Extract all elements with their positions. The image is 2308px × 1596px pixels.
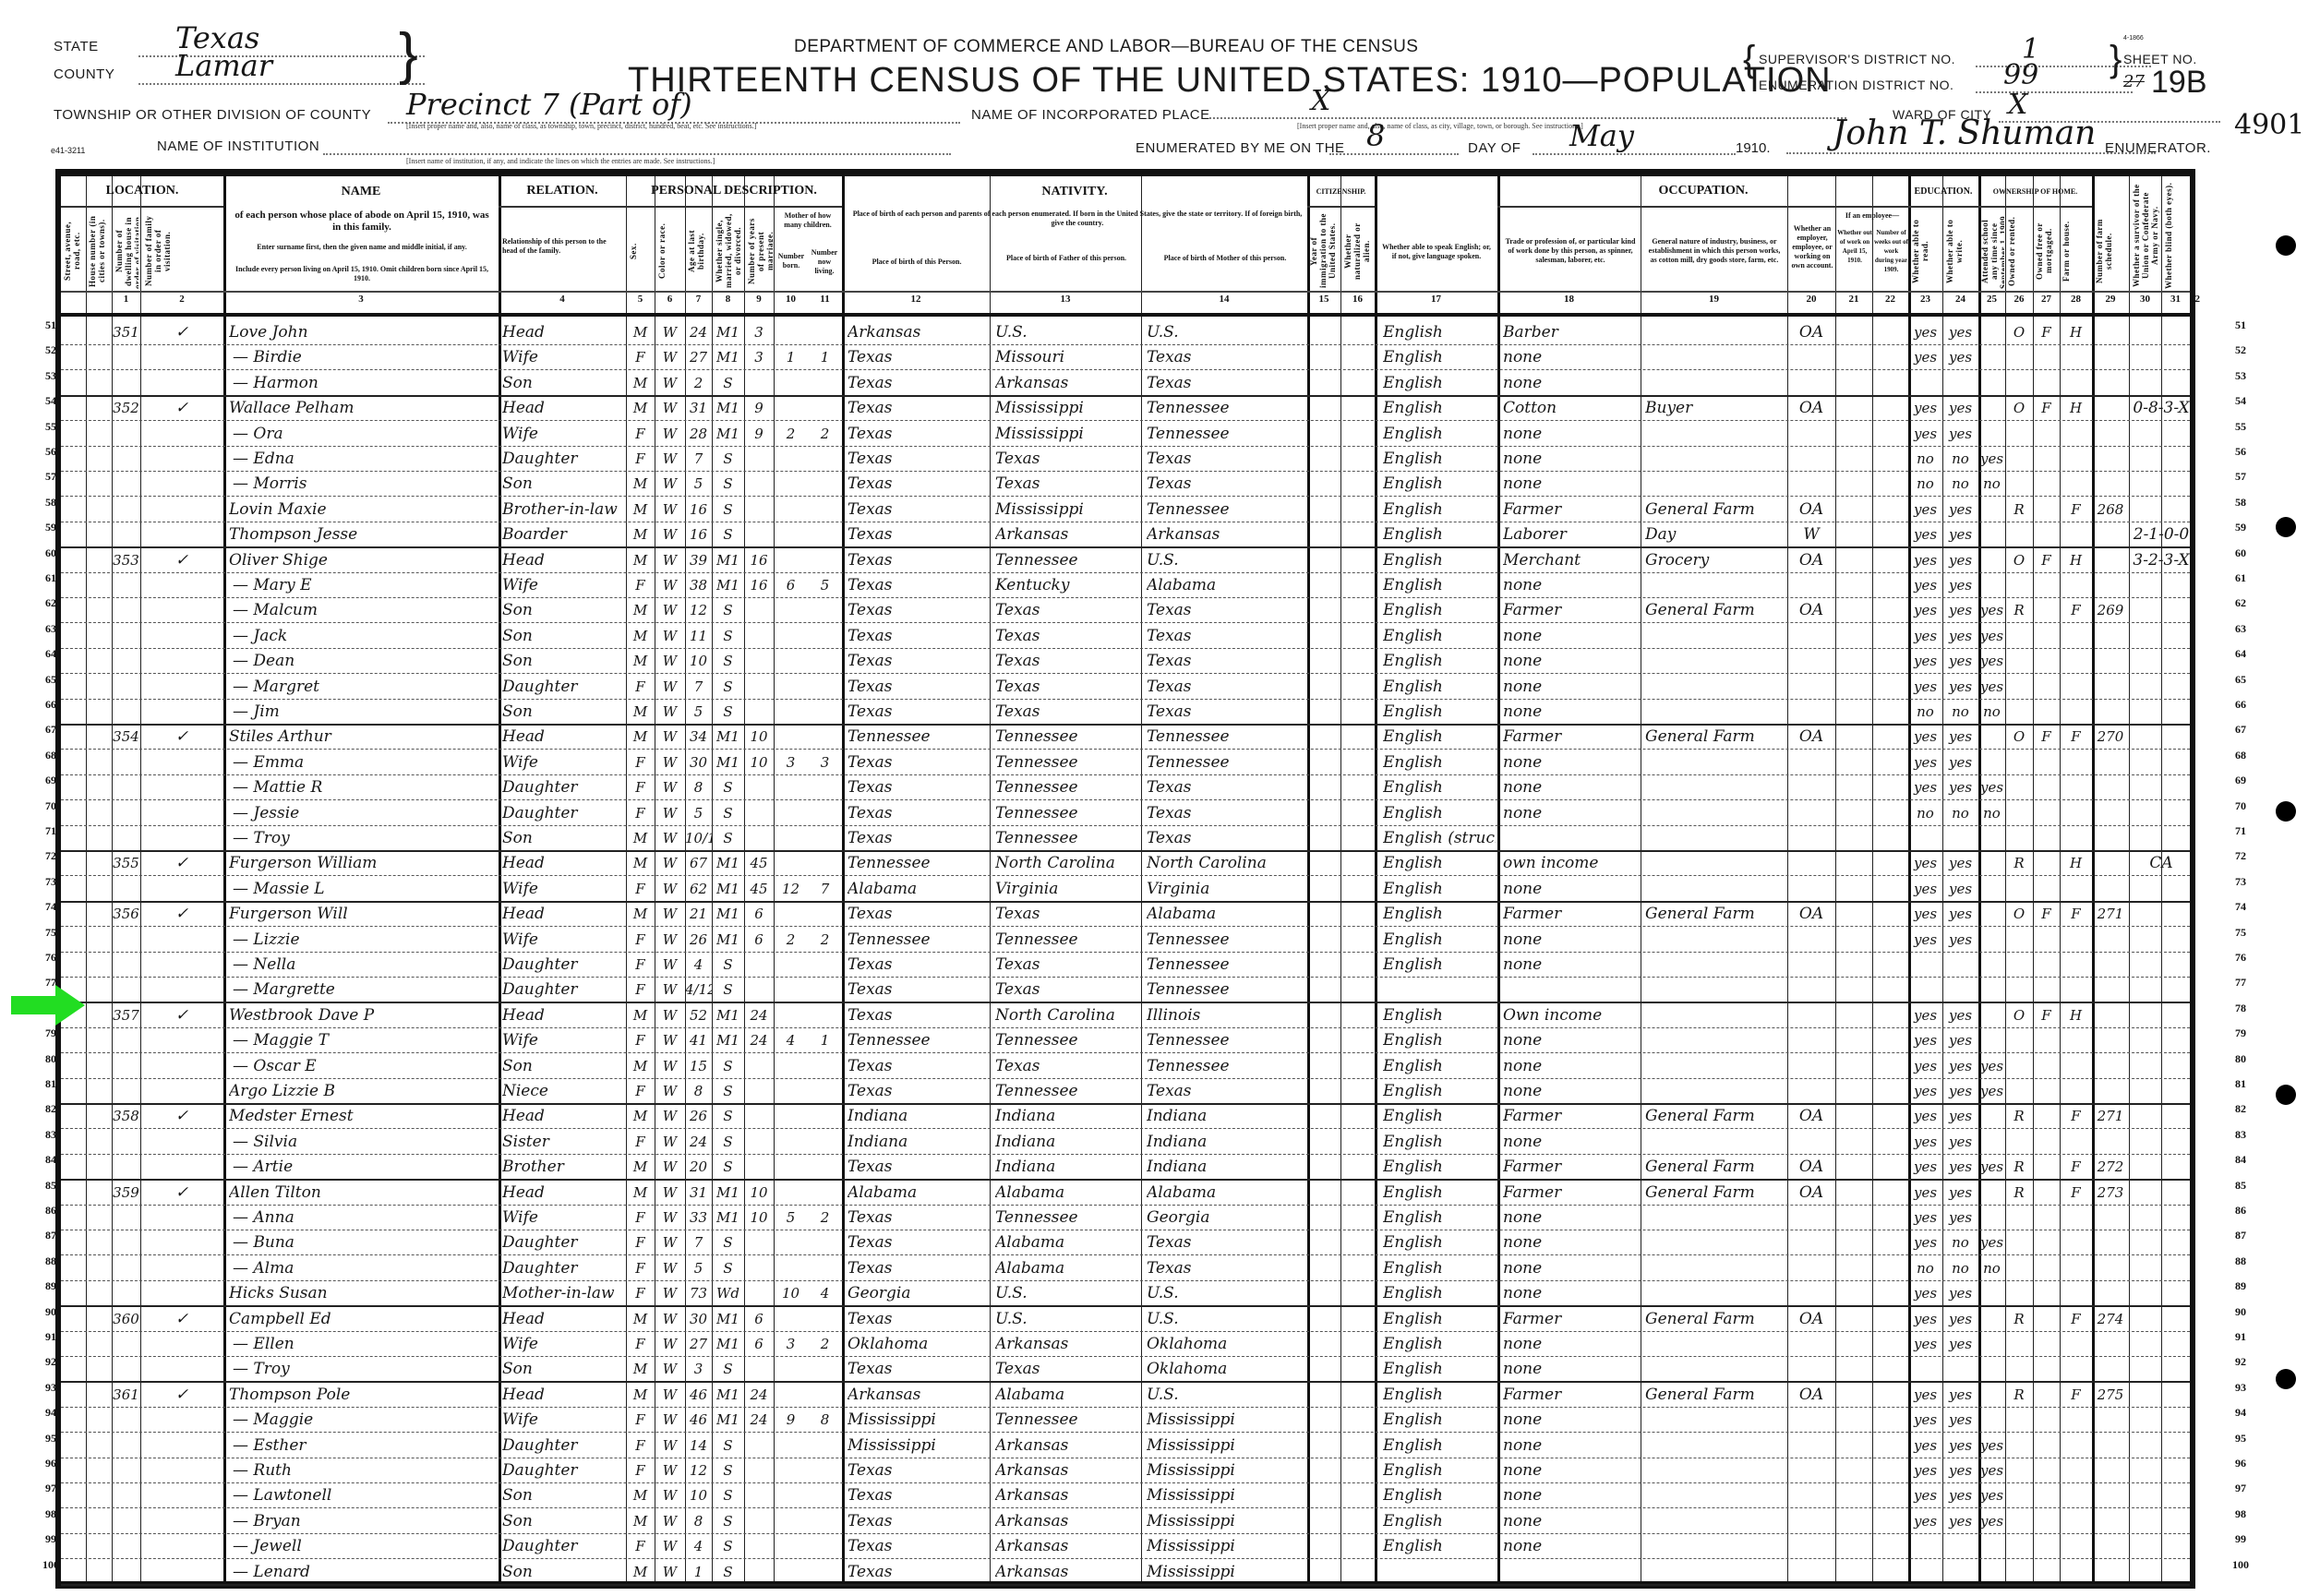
speaks-english-cell: English xyxy=(1383,1230,1496,1254)
employer-status-cell xyxy=(1789,1483,1833,1507)
color-race-cell: W xyxy=(655,978,685,1002)
age-cell: 67 xyxy=(685,851,712,875)
relation-cell: Son xyxy=(502,649,626,673)
employer-status-cell xyxy=(1789,801,1833,825)
employer-status-cell xyxy=(1789,624,1833,648)
years-married-cell xyxy=(744,1054,774,1078)
children-born-cell xyxy=(774,978,808,1002)
farm-schedule-cell xyxy=(2092,775,2129,799)
trade-cell: Farmer xyxy=(1503,902,1640,926)
attended-school-cell: no xyxy=(1978,1256,2005,1280)
farm-schedule-cell xyxy=(2092,396,2129,420)
employer-status-cell xyxy=(1789,1230,1833,1254)
age-cell: 24 xyxy=(685,320,712,344)
hd-out-of-work: Whether out of work on April 15, 1910. xyxy=(1837,228,1872,265)
industry-cell xyxy=(1645,345,1785,369)
color-race-cell: W xyxy=(655,320,685,344)
marital-status-cell: M1 xyxy=(712,877,744,901)
free-mortgaged-cell xyxy=(2033,1206,2060,1230)
trade-cell: none xyxy=(1503,1483,1640,1507)
children-born-cell: 9 xyxy=(774,1408,808,1432)
family-number-cell xyxy=(140,1408,223,1432)
survivor-blind-deaf-cell xyxy=(2129,928,2194,952)
marital-status-cell: M1 xyxy=(712,928,744,952)
owned-rented-cell: O xyxy=(2005,320,2033,344)
can-read-cell: yes xyxy=(1908,1408,1942,1432)
hd-birth-father: Place of birth of Father of this person. xyxy=(995,254,1137,263)
mother-birthplace-cell: Alabama xyxy=(1147,573,1305,597)
farm-schedule-cell xyxy=(2092,1206,2129,1230)
line-number-right: 71 xyxy=(2227,824,2254,838)
relation-cell: Head xyxy=(502,396,626,420)
free-mortgaged-cell xyxy=(2033,447,2060,471)
owned-rented-cell xyxy=(2005,1483,2033,1507)
birthplace-cell: Tennessee xyxy=(847,928,988,952)
person-name-cell: — Troy xyxy=(233,826,499,850)
owned-rented-cell xyxy=(2005,826,2033,850)
birthplace-cell: Texas xyxy=(847,1560,988,1584)
table-row: — BirdieWifeFW27M1311TexasMissouriTexasE… xyxy=(61,344,2190,370)
industry-cell xyxy=(1645,1256,1785,1280)
relation-cell: Son xyxy=(502,472,626,496)
children-born-cell: 3 xyxy=(774,750,808,774)
line-number-right: 99 xyxy=(2227,1532,2254,1546)
line-number-left: 87 xyxy=(37,1229,65,1242)
employer-status-cell xyxy=(1789,1534,1833,1558)
owned-rented-cell: R xyxy=(2005,1104,2033,1128)
free-mortgaged-cell xyxy=(2033,1054,2060,1078)
relation-cell: Wife xyxy=(502,750,626,774)
line-number-right: 65 xyxy=(2227,673,2254,687)
family-number-cell xyxy=(140,775,223,799)
survivor-blind-deaf-cell xyxy=(2129,801,2194,825)
attended-school-cell: yes xyxy=(1978,775,2005,799)
punch-hole xyxy=(2276,235,2296,256)
sex-cell: M xyxy=(626,1003,655,1027)
family-number-cell: ✓ xyxy=(140,902,223,926)
line-number-left: 61 xyxy=(37,571,65,585)
farm-schedule-cell xyxy=(2092,371,2129,395)
family-number-cell xyxy=(140,1256,223,1280)
attended-school-cell xyxy=(1978,1534,2005,1558)
col-number: 5 xyxy=(626,294,655,312)
trade-cell: none xyxy=(1503,801,1640,825)
dwelling-number-cell: 357 xyxy=(112,1003,140,1027)
age-cell: 8 xyxy=(685,775,712,799)
free-mortgaged-cell: F xyxy=(2033,320,2060,344)
children-living-cell xyxy=(808,953,842,977)
trade-cell: Farmer xyxy=(1503,725,1640,749)
attended-school-cell xyxy=(1978,1104,2005,1128)
age-cell: 8 xyxy=(685,1509,712,1533)
can-write-cell: yes xyxy=(1942,522,1978,546)
hd-immigration-year: Year of immigration to the United States… xyxy=(1309,213,1339,289)
person-name-cell: — Morris xyxy=(233,472,499,496)
free-mortgaged-cell xyxy=(2033,1560,2060,1584)
can-read-cell xyxy=(1908,1534,1942,1558)
children-born-cell: 4 xyxy=(774,1028,808,1052)
father-birthplace-cell: North Carolina xyxy=(995,1003,1139,1027)
farm-house-cell xyxy=(2060,1206,2092,1230)
speaks-english-cell: English xyxy=(1383,422,1496,446)
hd-name-note2: Include every person living on April 15,… xyxy=(233,265,491,283)
children-born-cell xyxy=(774,775,808,799)
color-race-cell: W xyxy=(655,775,685,799)
speaks-english-cell: English xyxy=(1383,1357,1496,1381)
children-living-cell: 2 xyxy=(808,1332,842,1356)
line-number-right: 85 xyxy=(2227,1179,2254,1193)
county-value: Lamar xyxy=(138,48,425,85)
marital-status-cell: S xyxy=(712,1079,744,1103)
age-cell: 11 xyxy=(685,624,712,648)
marital-status-cell: M1 xyxy=(712,1408,744,1432)
employer-status-cell xyxy=(1789,1054,1833,1078)
sex-cell: F xyxy=(626,1332,655,1356)
family-number-cell xyxy=(140,1130,223,1154)
dwelling-number-cell xyxy=(112,675,140,699)
children-born-cell xyxy=(774,1560,808,1584)
table-row: — BryanSonMW8STexasArkansasMississippiEn… xyxy=(61,1508,2190,1534)
sex-cell: M xyxy=(626,320,655,344)
color-race-cell: W xyxy=(655,750,685,774)
years-married-cell: 10 xyxy=(744,1181,774,1205)
person-name-cell: Love John xyxy=(229,320,495,344)
person-name-cell: — Emma xyxy=(233,750,499,774)
industry-cell xyxy=(1645,750,1785,774)
relation-cell: Head xyxy=(502,1104,626,1128)
table-row: — ArtieBrotherMW20STexasIndianaIndianaEn… xyxy=(61,1154,2190,1181)
dwelling-number-cell xyxy=(112,1281,140,1305)
farm-schedule-cell xyxy=(2092,1281,2129,1305)
hd-blind-deaf: Whether blind (both eyes). xyxy=(2164,182,2190,289)
col-number: 11 xyxy=(808,294,842,312)
father-birthplace-cell: Arkansas xyxy=(995,522,1139,546)
farm-house-cell xyxy=(2060,624,2092,648)
sex-cell: M xyxy=(626,598,655,622)
color-race-cell: W xyxy=(655,1408,685,1432)
trade-cell: own income xyxy=(1503,851,1640,875)
children-living-cell: 2 xyxy=(808,928,842,952)
person-name-cell: — Ruth xyxy=(233,1458,499,1482)
farm-schedule-cell: 271 xyxy=(2092,1104,2129,1128)
col-number: 3 xyxy=(223,294,499,312)
employer-status-cell xyxy=(1789,345,1833,369)
owned-rented-cell xyxy=(2005,1458,2033,1482)
can-read-cell: yes xyxy=(1908,750,1942,774)
years-married-cell xyxy=(744,978,774,1002)
speaks-english-cell: English xyxy=(1383,1256,1496,1280)
marital-status-cell: Wd xyxy=(712,1281,744,1305)
children-living-cell xyxy=(808,725,842,749)
mother-birthplace-cell: Oklahoma xyxy=(1147,1332,1305,1356)
dwelling-number-cell xyxy=(112,1434,140,1458)
father-birthplace-cell: North Carolina xyxy=(995,851,1139,875)
owned-rented-cell xyxy=(2005,877,2033,901)
line-number-right: 54 xyxy=(2227,394,2254,408)
sex-cell: F xyxy=(626,1434,655,1458)
farm-house-cell xyxy=(2060,1130,2092,1154)
can-write-cell: yes xyxy=(1942,498,1978,522)
can-read-cell: yes xyxy=(1908,573,1942,597)
color-race-cell: W xyxy=(655,345,685,369)
relation-cell: Head xyxy=(502,1383,626,1407)
children-living-cell xyxy=(808,1104,842,1128)
dwelling-number-cell xyxy=(112,750,140,774)
children-born-cell xyxy=(774,598,808,622)
table-row: — DeanSonMW10STexasTexasTexasEnglishnone… xyxy=(61,648,2190,674)
mother-birthplace-cell: Texas xyxy=(1147,675,1305,699)
can-write-cell: yes xyxy=(1942,320,1978,344)
birthplace-cell: Alabama xyxy=(847,1181,988,1205)
survivor-blind-deaf-cell xyxy=(2129,902,2194,926)
marital-status-cell: M1 xyxy=(712,1003,744,1027)
can-write-cell: yes xyxy=(1942,1483,1978,1507)
farm-house-cell xyxy=(2060,1434,2092,1458)
years-married-cell xyxy=(744,1281,774,1305)
color-race-cell: W xyxy=(655,1434,685,1458)
children-living-cell xyxy=(808,902,842,926)
can-write-cell: yes xyxy=(1942,1332,1978,1356)
marital-status-cell: M1 xyxy=(712,1383,744,1407)
color-race-cell: W xyxy=(655,1206,685,1230)
institution-label: NAME OF INSTITUTION xyxy=(157,138,319,154)
father-birthplace-cell: Virginia xyxy=(995,877,1139,901)
line-number-left: 65 xyxy=(37,673,65,687)
age-cell: 27 xyxy=(685,1332,712,1356)
person-name-cell: — Dean xyxy=(233,649,499,673)
can-write-cell: yes xyxy=(1942,1408,1978,1432)
line-number-right: 56 xyxy=(2227,445,2254,459)
person-name-cell: Allen Tilton xyxy=(229,1181,495,1205)
attended-school-cell: yes xyxy=(1978,1155,2005,1179)
children-born-cell xyxy=(774,548,808,572)
survivor-blind-deaf-cell xyxy=(2129,877,2194,901)
person-name-cell: — Malcum xyxy=(233,598,499,622)
children-born-cell xyxy=(774,1054,808,1078)
sex-cell: M xyxy=(626,1054,655,1078)
speaks-english-cell: English xyxy=(1383,1434,1496,1458)
employer-status-cell xyxy=(1789,1560,1833,1584)
person-name-cell: Furgerson Will xyxy=(229,902,495,926)
industry-cell xyxy=(1645,1357,1785,1381)
relation-cell: Son xyxy=(502,1509,626,1533)
years-married-cell xyxy=(744,1079,774,1103)
relation-cell: Niece xyxy=(502,1079,626,1103)
father-birthplace-cell: Mississippi xyxy=(995,498,1139,522)
line-number-right: 83 xyxy=(2227,1128,2254,1142)
can-read-cell: yes xyxy=(1908,1155,1942,1179)
family-number-cell xyxy=(140,498,223,522)
trade-cell: none xyxy=(1503,775,1640,799)
table-row: — EdnaDaughterFW7STexasTexasTexasEnglish… xyxy=(61,446,2190,472)
years-married-cell xyxy=(744,1509,774,1533)
color-race-cell: W xyxy=(655,725,685,749)
age-cell: 8 xyxy=(685,1079,712,1103)
family-number-cell xyxy=(140,1458,223,1482)
state-county-brace: } xyxy=(399,26,418,83)
father-birthplace-cell: Texas xyxy=(995,953,1139,977)
employer-status-cell xyxy=(1789,1458,1833,1482)
table-row: — JackSonMW11STexasTexasTexasEnglishnone… xyxy=(61,623,2190,649)
farm-house-cell xyxy=(2060,978,2092,1002)
hd-relation: Relationship of this person to the head … xyxy=(502,237,622,256)
age-cell: 7 xyxy=(685,447,712,471)
marital-status-cell: S xyxy=(712,1434,744,1458)
children-living-cell: 1 xyxy=(808,1028,842,1052)
trade-cell: none xyxy=(1503,472,1640,496)
marital-status-cell: S xyxy=(712,1155,744,1179)
birthplace-cell: Texas xyxy=(847,1003,988,1027)
line-number-left: 84 xyxy=(37,1153,65,1167)
marital-status-cell: S xyxy=(712,371,744,395)
color-race-cell: W xyxy=(655,1357,685,1381)
age-cell: 20 xyxy=(685,1155,712,1179)
employer-status-cell: OA xyxy=(1789,1383,1833,1407)
sex-cell: M xyxy=(626,1357,655,1381)
family-number-cell xyxy=(140,1155,223,1179)
children-born-cell xyxy=(774,1383,808,1407)
dwelling-number-cell xyxy=(112,649,140,673)
owned-rented-cell xyxy=(2005,1079,2033,1103)
speaks-english-cell: English xyxy=(1383,649,1496,673)
can-write-cell: yes xyxy=(1942,1155,1978,1179)
mother-birthplace-cell: Indiana xyxy=(1147,1130,1305,1154)
col-number: 9 xyxy=(744,294,774,312)
color-race-cell: W xyxy=(655,1181,685,1205)
farm-schedule-cell xyxy=(2092,447,2129,471)
speaks-english-cell: English xyxy=(1383,498,1496,522)
family-number-cell xyxy=(140,1079,223,1103)
years-married-cell: 24 xyxy=(744,1383,774,1407)
color-race-cell: W xyxy=(655,1383,685,1407)
line-number-right: 92 xyxy=(2227,1355,2254,1369)
attended-school-cell xyxy=(1978,826,2005,850)
father-birthplace-cell: Texas xyxy=(995,1054,1139,1078)
age-cell: 38 xyxy=(685,573,712,597)
mother-birthplace-cell: U.S. xyxy=(1147,1307,1305,1331)
owned-rented-cell: O xyxy=(2005,902,2033,926)
free-mortgaged-cell xyxy=(2033,1256,2060,1280)
years-married-cell: 45 xyxy=(744,877,774,901)
sex-cell: M xyxy=(626,548,655,572)
mother-birthplace-cell: Illinois xyxy=(1147,1003,1305,1027)
hd-farm-house: Farm or house. xyxy=(2062,213,2091,289)
children-born-cell: 2 xyxy=(774,928,808,952)
color-race-cell: W xyxy=(655,624,685,648)
children-living-cell xyxy=(808,1054,842,1078)
can-write-cell: yes xyxy=(1942,1281,1978,1305)
age-cell: 4 xyxy=(685,1534,712,1558)
hd-free-mortgaged: Owned free or mortgaged. xyxy=(2035,213,2059,289)
table-row: 359✓Allen TiltonHeadMW31M110AlabamaAlaba… xyxy=(61,1180,2190,1206)
can-read-cell: yes xyxy=(1908,1434,1942,1458)
can-read-cell: yes xyxy=(1908,1079,1942,1103)
free-mortgaged-cell: F xyxy=(2033,1003,2060,1027)
birthplace-cell: Texas xyxy=(847,801,988,825)
line-number-right: 93 xyxy=(2227,1381,2254,1395)
sex-cell: F xyxy=(626,1281,655,1305)
line-number-right: 100 xyxy=(2227,1558,2254,1572)
attended-school-cell xyxy=(1978,573,2005,597)
dwelling-number-cell xyxy=(112,573,140,597)
farm-schedule-cell: 274 xyxy=(2092,1307,2129,1331)
marital-status-cell: M1 xyxy=(712,1332,744,1356)
farm-schedule-cell xyxy=(2092,1079,2129,1103)
mother-birthplace-cell: Tennessee xyxy=(1147,928,1305,952)
line-number-left: 56 xyxy=(37,445,65,459)
sex-cell: F xyxy=(626,1256,655,1280)
dwelling-number-cell xyxy=(112,775,140,799)
farm-house-cell xyxy=(2060,1509,2092,1533)
marital-status-cell: S xyxy=(712,498,744,522)
owned-rented-cell xyxy=(2005,1408,2033,1432)
age-cell: 46 xyxy=(685,1383,712,1407)
mother-birthplace-cell: Tennessee xyxy=(1147,1054,1305,1078)
father-birthplace-cell: Arkansas xyxy=(995,1560,1139,1584)
owned-rented-cell xyxy=(2005,573,2033,597)
trade-cell: none xyxy=(1503,1230,1640,1254)
incorporated-place-value: X xyxy=(1209,85,1846,119)
attended-school-cell: yes xyxy=(1978,1483,2005,1507)
birthplace-cell: Texas xyxy=(847,649,988,673)
marital-status-cell: S xyxy=(712,978,744,1002)
table-row: — Mary EWifeFW38M11665TexasKentuckyAlaba… xyxy=(61,572,2190,598)
relation-cell: Daughter xyxy=(502,447,626,471)
can-write-cell: yes xyxy=(1942,573,1978,597)
family-number-cell xyxy=(140,953,223,977)
marital-status-cell: M1 xyxy=(712,725,744,749)
dwelling-number-cell: 355 xyxy=(112,851,140,875)
industry-cell: General Farm xyxy=(1645,598,1785,622)
children-born-cell xyxy=(774,1458,808,1482)
trade-cell: none xyxy=(1503,1054,1640,1078)
mother-birthplace-cell: North Carolina xyxy=(1147,851,1305,875)
survivor-blind-deaf-cell xyxy=(2129,978,2194,1002)
sex-cell: F xyxy=(626,750,655,774)
employer-status-cell xyxy=(1789,1357,1833,1381)
sex-cell: M xyxy=(626,1509,655,1533)
family-number-cell: ✓ xyxy=(140,1383,223,1407)
years-married-cell: 6 xyxy=(744,902,774,926)
sex-cell: F xyxy=(626,1458,655,1482)
children-born-cell xyxy=(774,649,808,673)
farm-schedule-cell: 273 xyxy=(2092,1181,2129,1205)
years-married-cell xyxy=(744,1560,774,1584)
industry-cell xyxy=(1645,472,1785,496)
relation-cell: Head xyxy=(502,548,626,572)
trade-cell: none xyxy=(1503,447,1640,471)
mother-birthplace-cell: U.S. xyxy=(1147,548,1305,572)
industry-cell xyxy=(1645,1408,1785,1432)
column-number-rule xyxy=(61,313,2190,317)
attended-school-cell xyxy=(1978,1332,2005,1356)
marital-status-cell: S xyxy=(712,1534,744,1558)
color-race-cell: W xyxy=(655,1155,685,1179)
marital-status-cell: S xyxy=(712,1230,744,1254)
attended-school-cell: yes xyxy=(1978,447,2005,471)
dwelling-number-cell xyxy=(112,1509,140,1533)
attended-school-cell xyxy=(1978,750,2005,774)
survivor-blind-deaf-cell xyxy=(2129,1534,2194,1558)
trade-cell: Barber xyxy=(1503,320,1640,344)
father-birthplace-cell: Tennessee xyxy=(995,775,1139,799)
free-mortgaged-cell xyxy=(2033,498,2060,522)
speaks-english-cell: English xyxy=(1383,1483,1496,1507)
can-read-cell: yes xyxy=(1908,775,1942,799)
owned-rented-cell xyxy=(2005,1332,2033,1356)
industry-cell xyxy=(1645,649,1785,673)
col-number: 13 xyxy=(990,294,1141,312)
